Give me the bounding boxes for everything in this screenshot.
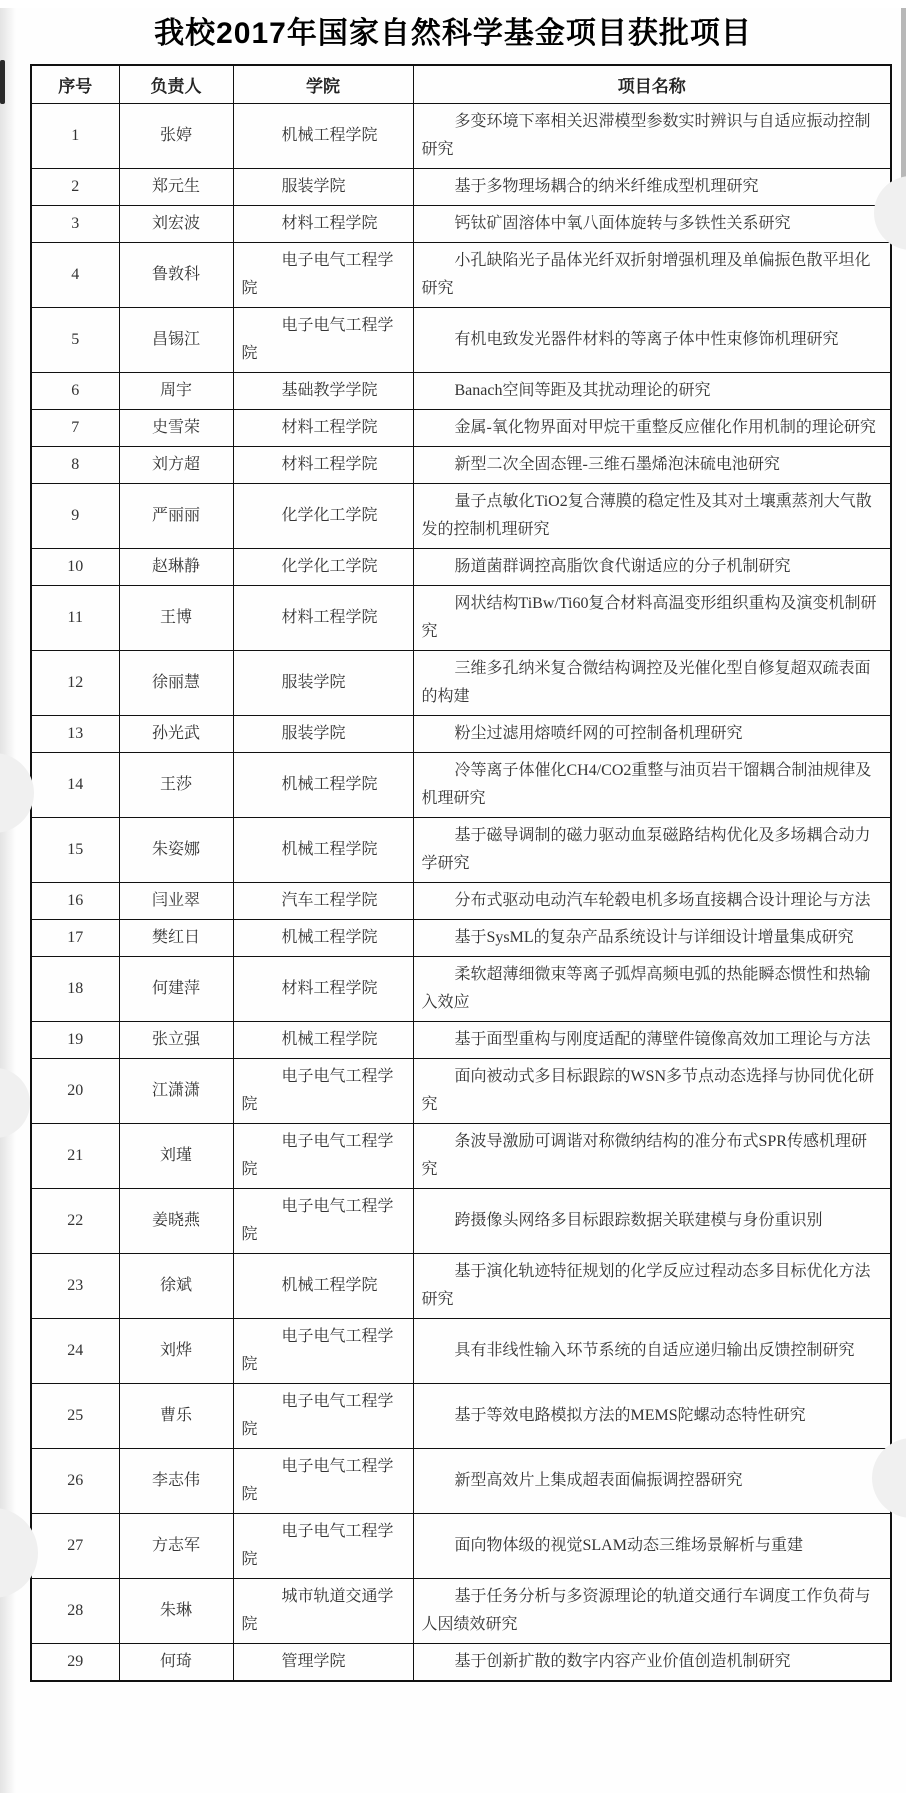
table-row: 20江潇潇电子电气工程学院面向被动式多目标跟踪的WSN多节点动态选择与协同优化研… [31, 1058, 891, 1123]
cell-name: 王博 [119, 585, 233, 650]
cell-college: 电子电气工程学院 [233, 242, 413, 307]
cell-college: 机械工程学院 [233, 1021, 413, 1058]
cell-project: 面向物体级的视觉SLAM动态三维场景解析与重建 [413, 1513, 891, 1578]
cell-no: 23 [31, 1253, 119, 1318]
cell-college: 电子电气工程学院 [233, 307, 413, 372]
cell-no: 24 [31, 1318, 119, 1383]
cell-no: 11 [31, 585, 119, 650]
cell-name: 史雪荣 [119, 409, 233, 446]
table-row: 28朱琳城市轨道交通学院基于任务分析与多资源理论的轨道交通行车调度工作负荷与人因… [31, 1578, 891, 1643]
cell-no: 8 [31, 446, 119, 483]
cell-project: 分布式驱动电动汽车轮毂电机多场直接耦合设计理论与方法 [413, 882, 891, 919]
cell-name: 刘烨 [119, 1318, 233, 1383]
cell-name: 姜晓燕 [119, 1188, 233, 1253]
cell-no: 25 [31, 1383, 119, 1448]
cell-name: 刘宏波 [119, 205, 233, 242]
cell-project: 基于磁导调制的磁力驱动血泵磁路结构优化及多场耦合动力学研究 [413, 817, 891, 882]
cell-college: 服装学院 [233, 715, 413, 752]
table-row: 5昌锡江电子电气工程学院有机电致发光器件材料的等离子体中性束修饰机理研究 [31, 307, 891, 372]
table-row: 17樊红日机械工程学院基于SysML的复杂产品系统设计与详细设计增量集成研究 [31, 919, 891, 956]
cell-name: 朱姿娜 [119, 817, 233, 882]
cell-no: 2 [31, 168, 119, 205]
cell-no: 1 [31, 103, 119, 168]
table-row: 2郑元生服装学院基于多物理场耦合的纳米纤维成型机理研究 [31, 168, 891, 205]
cell-name: 周宇 [119, 372, 233, 409]
table-row: 29何琦管理学院基于创新扩散的数字内容产业价值创造机制研究 [31, 1643, 891, 1681]
cell-no: 13 [31, 715, 119, 752]
table-row: 16闫业翠汽车工程学院分布式驱动电动汽车轮毂电机多场直接耦合设计理论与方法 [31, 882, 891, 919]
cell-no: 10 [31, 548, 119, 585]
cell-name: 李志伟 [119, 1448, 233, 1513]
cell-project: 基于多物理场耦合的纳米纤维成型机理研究 [413, 168, 891, 205]
table-row: 19张立强机械工程学院基于面型重构与刚度适配的薄壁件镜像高效加工理论与方法 [31, 1021, 891, 1058]
table-row: 13孙光武服装学院粉尘过滤用熔喷纤网的可控制备机理研究 [31, 715, 891, 752]
cell-college: 材料工程学院 [233, 409, 413, 446]
cell-name: 刘瑾 [119, 1123, 233, 1188]
table-row: 7史雪荣材料工程学院金属-氧化物界面对甲烷干重整反应催化作用机制的理论研究 [31, 409, 891, 446]
header-person-in-charge: 负责人 [119, 65, 233, 103]
table-row: 3刘宏波材料工程学院钙钛矿固溶体中氧八面体旋转与多铁性关系研究 [31, 205, 891, 242]
table-row: 9严丽丽化学化工学院量子点敏化TiO2复合薄膜的稳定性及其对土壤熏蒸剂大气散发的… [31, 483, 891, 548]
cell-no: 26 [31, 1448, 119, 1513]
cell-project: 有机电致发光器件材料的等离子体中性束修饰机理研究 [413, 307, 891, 372]
cell-project: 具有非线性输入环节系统的自适应递归输出反馈控制研究 [413, 1318, 891, 1383]
cell-project: 三维多孔纳米复合微结构调控及光催化型自修复超双疏表面的构建 [413, 650, 891, 715]
table-row: 26李志伟电子电气工程学院新型高效片上集成超表面偏振调控器研究 [31, 1448, 891, 1513]
table-row: 8刘方超材料工程学院新型二次全固态锂-三维石墨烯泡沫硫电池研究 [31, 446, 891, 483]
table-row: 14王莎机械工程学院冷等离子体催化CH4/CO2重整与油页岩干馏耦合制油规律及机… [31, 752, 891, 817]
cell-college: 材料工程学院 [233, 585, 413, 650]
cell-name: 郑元生 [119, 168, 233, 205]
cell-college: 电子电气工程学院 [233, 1188, 413, 1253]
table-row: 22姜晓燕电子电气工程学院跨摄像头网络多目标跟踪数据关联建模与身份重识别 [31, 1188, 891, 1253]
table-row: 10赵琳静化学化工学院肠道菌群调控高脂饮食代谢适应的分子机制研究 [31, 548, 891, 585]
cell-project: 基于创新扩散的数字内容产业价值创造机制研究 [413, 1643, 891, 1681]
projects-table: 序号 负责人 学院 项目名称 1张婷机械工程学院多变环境下率相关迟滞模型参数实时… [30, 64, 892, 1682]
table-row: 15朱姿娜机械工程学院基于磁导调制的磁力驱动血泵磁路结构优化及多场耦合动力学研究 [31, 817, 891, 882]
cell-name: 张婷 [119, 103, 233, 168]
table-row: 24刘烨电子电气工程学院具有非线性输入环节系统的自适应递归输出反馈控制研究 [31, 1318, 891, 1383]
cell-college: 管理学院 [233, 1643, 413, 1681]
cell-college: 材料工程学院 [233, 956, 413, 1021]
cell-no: 15 [31, 817, 119, 882]
cell-no: 27 [31, 1513, 119, 1578]
cell-college: 服装学院 [233, 168, 413, 205]
cell-project: 肠道菌群调控高脂饮食代谢适应的分子机制研究 [413, 548, 891, 585]
cell-college: 电子电气工程学院 [233, 1513, 413, 1578]
page-title: 我校2017年国家自然科学基金项目获批项目 [0, 8, 906, 52]
cell-name: 徐斌 [119, 1253, 233, 1318]
cell-no: 16 [31, 882, 119, 919]
document-page: 我校2017年国家自然科学基金项目获批项目 序号 负责人 学院 项目名称 1张婷… [0, 8, 906, 1793]
cell-name: 王莎 [119, 752, 233, 817]
cell-name: 徐丽慧 [119, 650, 233, 715]
table-header: 序号 负责人 学院 项目名称 [31, 65, 891, 103]
header-row: 序号 负责人 学院 项目名称 [31, 65, 891, 103]
cell-project: Banach空间等距及其扰动理论的研究 [413, 372, 891, 409]
cell-name: 何建萍 [119, 956, 233, 1021]
cell-college: 电子电气工程学院 [233, 1318, 413, 1383]
table-body: 1张婷机械工程学院多变环境下率相关迟滞模型参数实时辨识与自适应振动控制研究2郑元… [31, 103, 891, 1681]
cell-project: 网状结构TiBw/Ti60复合材料高温变形组织重构及演变机制研究 [413, 585, 891, 650]
cell-college: 电子电气工程学院 [233, 1123, 413, 1188]
cell-college: 机械工程学院 [233, 752, 413, 817]
table-row: 23徐斌机械工程学院基于演化轨迹特征规划的化学反应过程动态多目标优化方法研究 [31, 1253, 891, 1318]
cell-name: 闫业翠 [119, 882, 233, 919]
cell-name: 曹乐 [119, 1383, 233, 1448]
cell-college: 化学化工学院 [233, 483, 413, 548]
cell-college: 服装学院 [233, 650, 413, 715]
cell-name: 刘方超 [119, 446, 233, 483]
cell-project: 基于任务分析与多资源理论的轨道交通行车调度工作负荷与人因绩效研究 [413, 1578, 891, 1643]
table-row: 18何建萍材料工程学院柔软超薄细微束等离子弧焊高频电弧的热能瞬态惯性和热输入效应 [31, 956, 891, 1021]
cell-project: 金属-氧化物界面对甲烷干重整反应催化作用机制的理论研究 [413, 409, 891, 446]
header-serial-number: 序号 [31, 65, 119, 103]
cell-no: 22 [31, 1188, 119, 1253]
cell-name: 鲁敦科 [119, 242, 233, 307]
cell-no: 7 [31, 409, 119, 446]
watermark-circle [0, 753, 34, 833]
watermark-circle [0, 1068, 30, 1138]
cell-name: 赵琳静 [119, 548, 233, 585]
cell-no: 18 [31, 956, 119, 1021]
cell-no: 21 [31, 1123, 119, 1188]
cell-no: 17 [31, 919, 119, 956]
table-row: 6周宇基础教学学院Banach空间等距及其扰动理论的研究 [31, 372, 891, 409]
cell-project: 基于面型重构与刚度适配的薄壁件镜像高效加工理论与方法 [413, 1021, 891, 1058]
table-row: 4鲁敦科电子电气工程学院小孔缺陷光子晶体光纤双折射增强机理及单偏振色散平坦化研究 [31, 242, 891, 307]
cell-college: 机械工程学院 [233, 1253, 413, 1318]
cell-no: 4 [31, 242, 119, 307]
cell-name: 樊红日 [119, 919, 233, 956]
cell-project: 多变环境下率相关迟滞模型参数实时辨识与自适应振动控制研究 [413, 103, 891, 168]
cell-name: 孙光武 [119, 715, 233, 752]
cell-name: 张立强 [119, 1021, 233, 1058]
cell-name: 江潇潇 [119, 1058, 233, 1123]
cell-no: 29 [31, 1643, 119, 1681]
cell-no: 14 [31, 752, 119, 817]
cell-project: 基于演化轨迹特征规划的化学反应过程动态多目标优化方法研究 [413, 1253, 891, 1318]
cell-project: 条波导激励可调谐对称微纳结构的准分布式SPR传感机理研究 [413, 1123, 891, 1188]
cell-no: 12 [31, 650, 119, 715]
cell-college: 机械工程学院 [233, 103, 413, 168]
cell-project: 冷等离子体催化CH4/CO2重整与油页岩干馏耦合制油规律及机理研究 [413, 752, 891, 817]
cell-no: 3 [31, 205, 119, 242]
table-row: 27方志军电子电气工程学院面向物体级的视觉SLAM动态三维场景解析与重建 [31, 1513, 891, 1578]
cell-project: 柔软超薄细微束等离子弧焊高频电弧的热能瞬态惯性和热输入效应 [413, 956, 891, 1021]
cell-no: 5 [31, 307, 119, 372]
cell-name: 严丽丽 [119, 483, 233, 548]
header-project-name: 项目名称 [413, 65, 891, 103]
cell-project: 基于SysML的复杂产品系统设计与详细设计增量集成研究 [413, 919, 891, 956]
cell-project: 基于等效电路模拟方法的MEMS陀螺动态特性研究 [413, 1383, 891, 1448]
scan-artifact [0, 60, 5, 104]
table-row: 11王博材料工程学院网状结构TiBw/Ti60复合材料高温变形组织重构及演变机制… [31, 585, 891, 650]
cell-project: 跨摄像头网络多目标跟踪数据关联建模与身份重识别 [413, 1188, 891, 1253]
cell-college: 材料工程学院 [233, 446, 413, 483]
cell-project: 粉尘过滤用熔喷纤网的可控制备机理研究 [413, 715, 891, 752]
cell-name: 何琦 [119, 1643, 233, 1681]
cell-project: 新型高效片上集成超表面偏振调控器研究 [413, 1448, 891, 1513]
cell-no: 19 [31, 1021, 119, 1058]
cell-college: 电子电气工程学院 [233, 1058, 413, 1123]
cell-project: 量子点敏化TiO2复合薄膜的稳定性及其对土壤熏蒸剂大气散发的控制机理研究 [413, 483, 891, 548]
table-row: 21刘瑾电子电气工程学院条波导激励可调谐对称微纳结构的准分布式SPR传感机理研究 [31, 1123, 891, 1188]
cell-college: 材料工程学院 [233, 205, 413, 242]
cell-no: 9 [31, 483, 119, 548]
cell-project: 钙钛矿固溶体中氧八面体旋转与多铁性关系研究 [413, 205, 891, 242]
table-row: 1张婷机械工程学院多变环境下率相关迟滞模型参数实时辨识与自适应振动控制研究 [31, 103, 891, 168]
cell-project: 面向被动式多目标跟踪的WSN多节点动态选择与协同优化研究 [413, 1058, 891, 1123]
cell-project: 新型二次全固态锂-三维石墨烯泡沫硫电池研究 [413, 446, 891, 483]
cell-name: 方志军 [119, 1513, 233, 1578]
cell-college: 电子电气工程学院 [233, 1448, 413, 1513]
cell-college: 基础教学学院 [233, 372, 413, 409]
cell-no: 28 [31, 1578, 119, 1643]
cell-college: 城市轨道交通学院 [233, 1578, 413, 1643]
cell-college: 电子电气工程学院 [233, 1383, 413, 1448]
header-college: 学院 [233, 65, 413, 103]
cell-college: 机械工程学院 [233, 817, 413, 882]
cell-college: 汽车工程学院 [233, 882, 413, 919]
cell-college: 化学化工学院 [233, 548, 413, 585]
table-row: 25曹乐电子电气工程学院基于等效电路模拟方法的MEMS陀螺动态特性研究 [31, 1383, 891, 1448]
cell-name: 昌锡江 [119, 307, 233, 372]
cell-no: 6 [31, 372, 119, 409]
cell-name: 朱琳 [119, 1578, 233, 1643]
cell-no: 20 [31, 1058, 119, 1123]
table-row: 12徐丽慧服装学院三维多孔纳米复合微结构调控及光催化型自修复超双疏表面的构建 [31, 650, 891, 715]
cell-project: 小孔缺陷光子晶体光纤双折射增强机理及单偏振色散平坦化研究 [413, 242, 891, 307]
cell-college: 机械工程学院 [233, 919, 413, 956]
